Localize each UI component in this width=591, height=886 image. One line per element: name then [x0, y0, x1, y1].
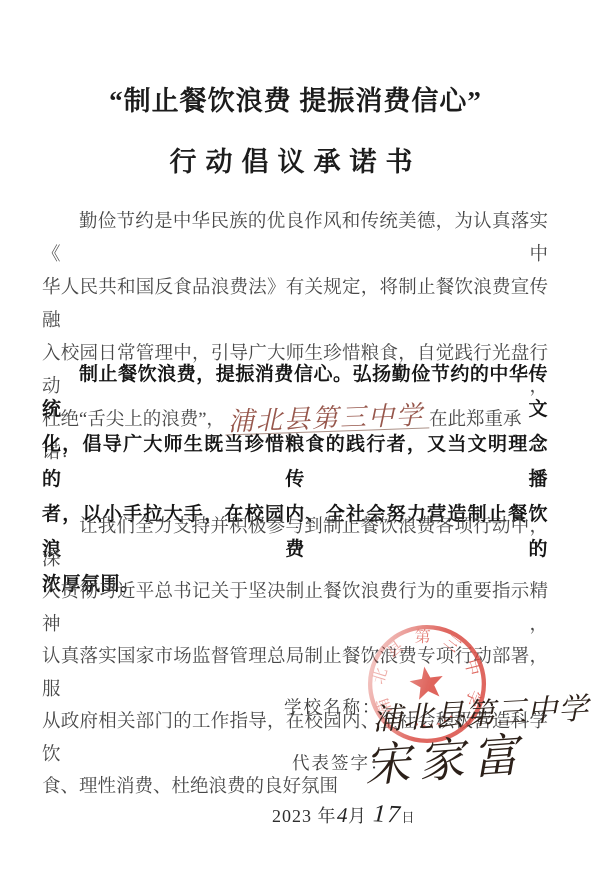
text-line: 勤俭节约是中华民族的优良作风和传统美德，为认真落实《中	[42, 206, 548, 272]
text-line: 让我们全力支持并积极参与到制止餐饮浪费各项行动中，深	[42, 511, 548, 576]
date-day-handwritten: 17	[372, 800, 402, 829]
date-month-unit: 月	[348, 806, 367, 826]
date-year: 2023 年	[272, 806, 337, 826]
representative-signature-handwritten: 宋家富	[362, 718, 528, 795]
document-title-line2: 行动倡议承诺书	[0, 140, 591, 179]
text-line: 制止餐饮浪费，提振消费信心。弘扬勤俭节约的中华传统文	[42, 357, 548, 427]
text-line: 化，倡导广大师生既当珍惜粮食的践行者，又当文明理念的传播	[42, 427, 548, 497]
date-line: 2023 年4月 17日	[272, 801, 416, 829]
document-title-line1: “制止餐饮浪费 提振消费信心”	[0, 79, 591, 118]
school-name-label: 学校名称：	[284, 694, 382, 719]
pledge-document-page: “制止餐饮浪费 提振消费信心” 行动倡议承诺书 勤俭节约是中华民族的优良作风和传…	[0, 0, 591, 886]
date-month-handwritten: 4	[336, 803, 348, 828]
date-day-unit: 日	[402, 810, 416, 825]
text-line: 华人民共和国反食品浪费法》有关规定，将制止餐饮浪费宣传融	[42, 272, 548, 338]
